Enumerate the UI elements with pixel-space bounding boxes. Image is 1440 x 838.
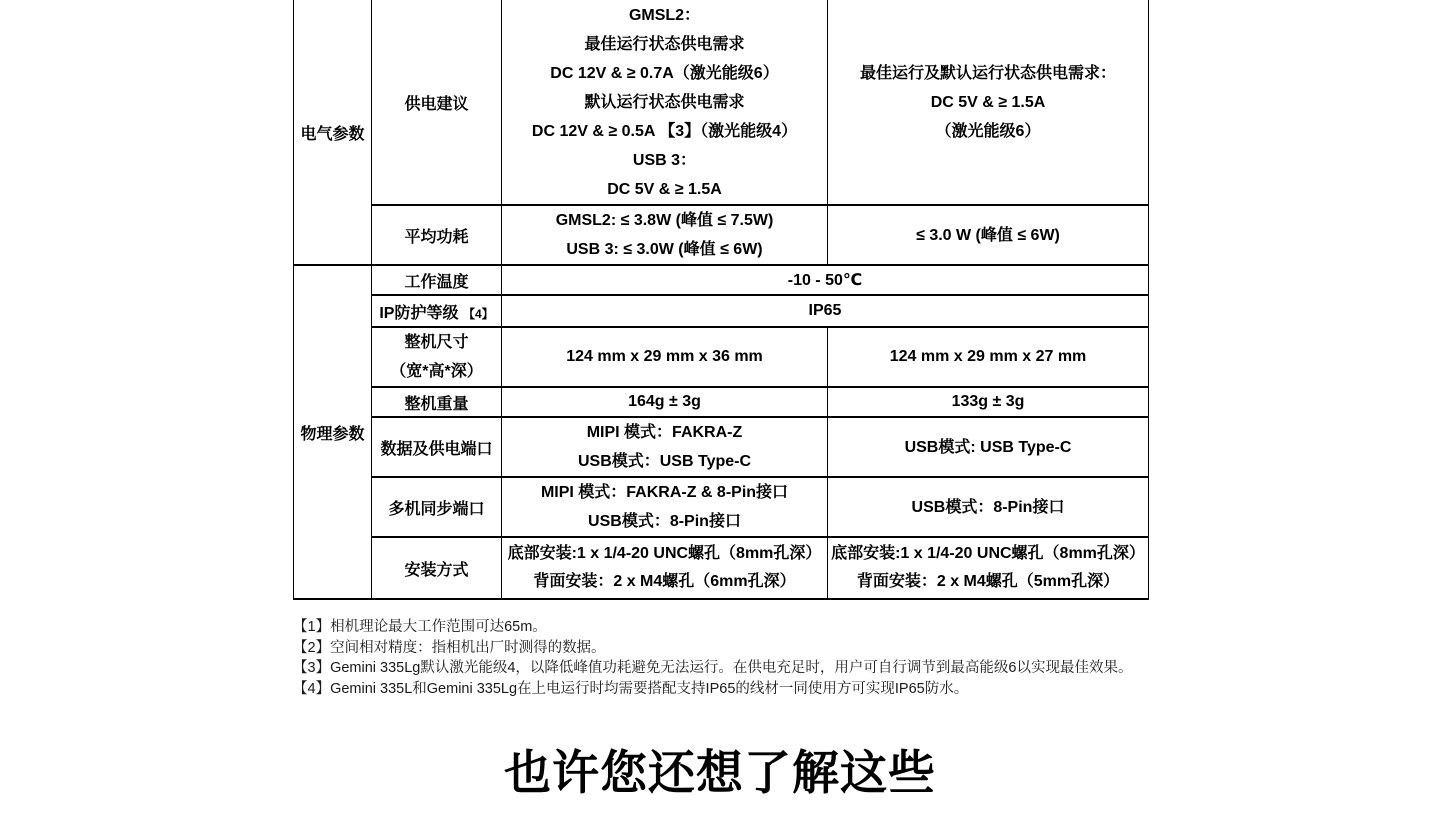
footnote-2: 【2】空间相对精度：指相机出厂时测得的数据。	[293, 638, 1393, 659]
value-cell-ip-rating: IP65	[502, 295, 1149, 327]
value-cell-power-supply-col1: GMSL2： 最佳运行状态供电需求 DC 12V & ≥ 0.7A（激光能级6）…	[502, 0, 828, 205]
value-cell-operating-temp: -10 - 50℃	[502, 265, 1149, 295]
value-cell-sync-port-col1: MIPI 模式：FAKRA-Z & 8-Pin接口 USB模式：8-Pin接口	[502, 477, 828, 537]
value-cell-data-power-port-col2: USB模式: USB Type-C	[828, 417, 1149, 477]
value-cell-data-power-port-col1: MIPI 模式：FAKRA-Z USB模式：USB Type-C	[502, 417, 828, 477]
table-row: IP防护等级 【4】 IP65	[294, 295, 1149, 327]
table-row: 电气参数 供电建议 GMSL2： 最佳运行状态供电需求 DC 12V & ≥ 0…	[294, 0, 1149, 205]
footnote-4: 【4】Gemini 335L和Gemini 335Lg在上电运行时均需要搭配支持…	[293, 679, 1393, 700]
category-cell-electrical: 电气参数	[294, 0, 372, 265]
value-cell-sync-port-col2: USB模式：8-Pin接口	[828, 477, 1149, 537]
value-cell-power-supply-col2: 最佳运行及默认运行状态供电需求： DC 5V & ≥ 1.5A （激光能级6）	[828, 0, 1149, 205]
param-cell-weight: 整机重量	[372, 387, 502, 417]
param-cell-power-supply: 供电建议	[372, 0, 502, 205]
table-row: 整机重量 164g ± 3g 133g ± 3g	[294, 387, 1149, 417]
table-row: 整机尺寸 （宽*高*深） 124 mm x 29 mm x 36 mm 124 …	[294, 327, 1149, 387]
footnotes: 【1】相机理论最大工作范围可达65m。 【2】空间相对精度：指相机出厂时测得的数…	[293, 617, 1393, 700]
footnote-marker: 【4】	[463, 307, 494, 321]
category-cell-physical: 物理参数	[294, 265, 372, 599]
param-cell-mounting: 安装方式	[372, 537, 502, 599]
spec-table: 电气参数 供电建议 GMSL2： 最佳运行状态供电需求 DC 12V & ≥ 0…	[293, 0, 1149, 600]
table-row: 安装方式 底部安装:1 x 1/4-20 UNC螺孔（8mm孔深） 背面安装：2…	[294, 537, 1149, 599]
value-cell-weight-col2: 133g ± 3g	[828, 387, 1149, 417]
footnote-1: 【1】相机理论最大工作范围可达65m。	[293, 617, 1393, 638]
table-row: 多机同步端口 MIPI 模式：FAKRA-Z & 8-Pin接口 USB模式：8…	[294, 477, 1149, 537]
table-row: 物理参数 工作温度 -10 - 50℃	[294, 265, 1149, 295]
section-heading: 也许您还想了解这些	[0, 736, 1440, 803]
param-cell-sync-port: 多机同步端口	[372, 477, 502, 537]
param-cell-avg-power: 平均功耗	[372, 205, 502, 265]
param-label: IP防护等级	[379, 305, 458, 322]
table-row: 平均功耗 GMSL2: ≤ 3.8W (峰值 ≤ 7.5W) USB 3: ≤ …	[294, 205, 1149, 265]
param-cell-ip-rating: IP防护等级 【4】	[372, 295, 502, 327]
value-cell-weight-col1: 164g ± 3g	[502, 387, 828, 417]
value-cell-avg-power-col2: ≤ 3.0 W (峰值 ≤ 6W)	[828, 205, 1149, 265]
value-cell-dimensions-col1: 124 mm x 29 mm x 36 mm	[502, 327, 828, 387]
value-cell-dimensions-col2: 124 mm x 29 mm x 27 mm	[828, 327, 1149, 387]
param-cell-data-power-port: 数据及供电端口	[372, 417, 502, 477]
value-cell-avg-power-col1: GMSL2: ≤ 3.8W (峰值 ≤ 7.5W) USB 3: ≤ 3.0W …	[502, 205, 828, 265]
value-cell-mounting-col1: 底部安装:1 x 1/4-20 UNC螺孔（8mm孔深） 背面安装：2 x M4…	[502, 537, 828, 599]
param-cell-dimensions: 整机尺寸 （宽*高*深）	[372, 327, 502, 387]
table-row: 数据及供电端口 MIPI 模式：FAKRA-Z USB模式：USB Type-C…	[294, 417, 1149, 477]
param-cell-operating-temp: 工作温度	[372, 265, 502, 295]
value-cell-mounting-col2: 底部安装:1 x 1/4-20 UNC螺孔（8mm孔深） 背面安装：2 x M4…	[828, 537, 1149, 599]
page: 电气参数 供电建议 GMSL2： 最佳运行状态供电需求 DC 12V & ≥ 0…	[0, 0, 1440, 838]
footnote-3: 【3】Gemini 335Lg默认激光能级4，以降低峰值功耗避免无法运行。在供电…	[293, 658, 1393, 679]
